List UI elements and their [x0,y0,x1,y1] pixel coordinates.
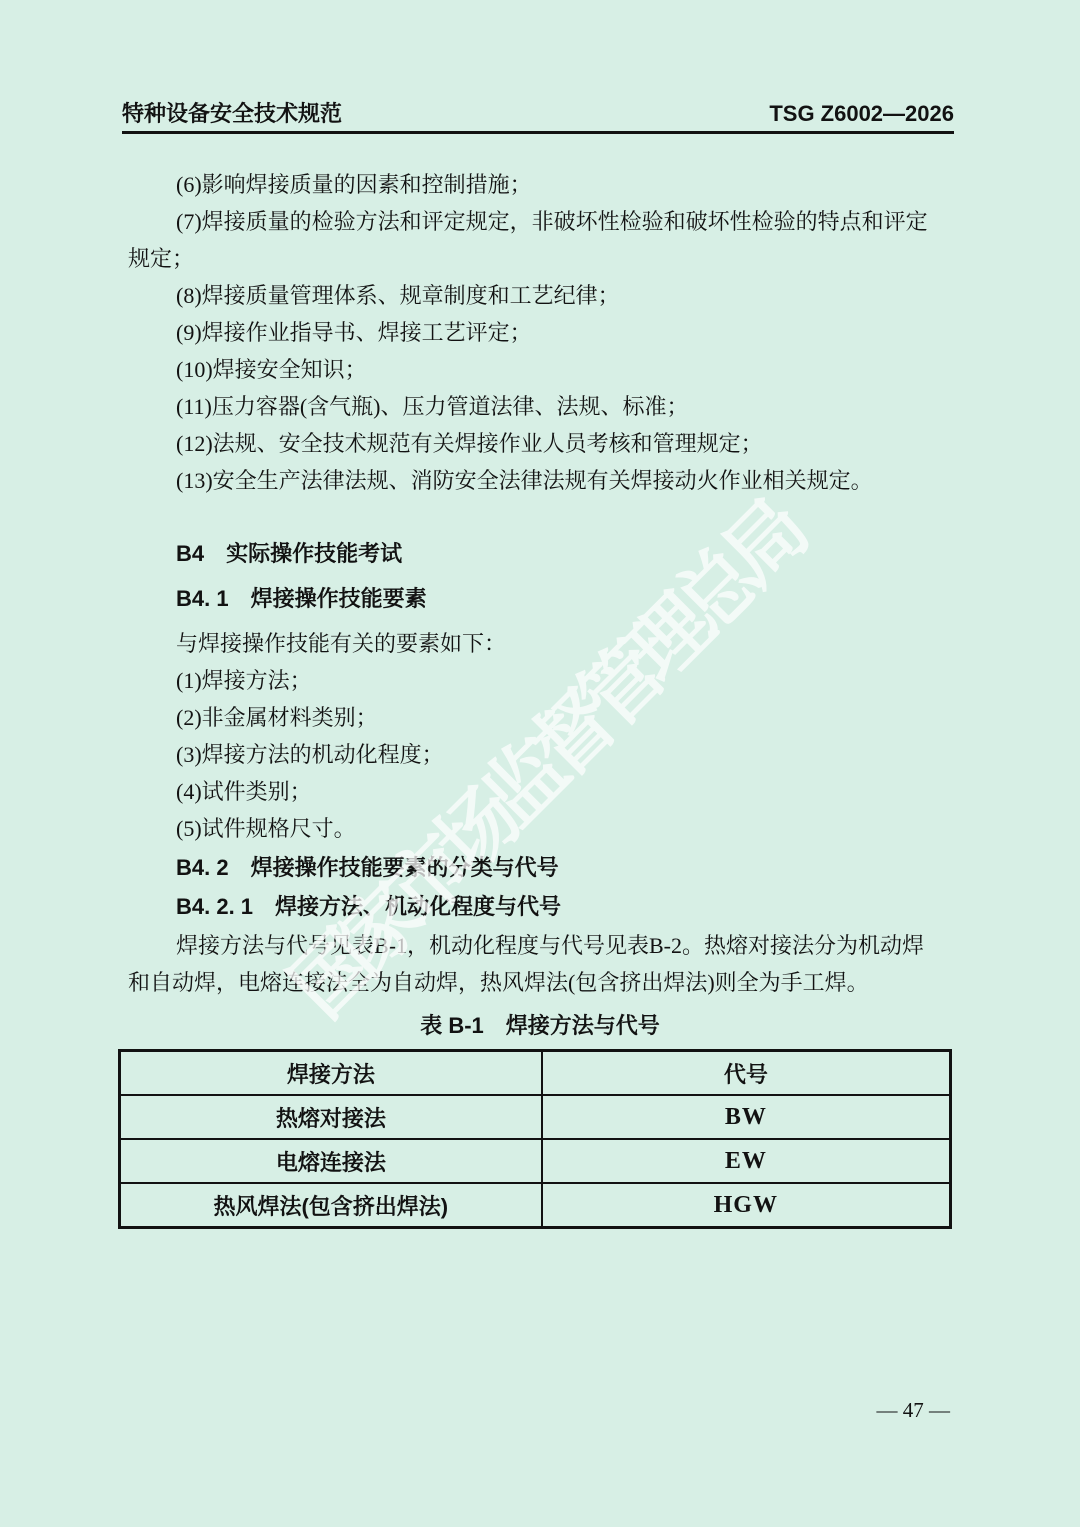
table-title: 表 B-1 焊接方法与代号 [128,1011,952,1041]
page-header: 特种设备安全技术规范 TSG Z6002—2026 [122,101,954,127]
text-line: (3)焊接方法的机动化程度； [128,736,952,773]
text-line: 焊接方法与代号见表B-1，机动化程度与代号见表B-2。热熔对接法分为机动焊 [128,927,952,964]
welding-method-table: 焊接方法代号 热熔对接法BW电熔连接法EW热风焊法(包含挤出焊法)HGW [118,1049,952,1229]
table-row: 电熔连接法EW [120,1139,951,1183]
table-header-cell: 焊接方法 [120,1051,542,1096]
text-line: (1)焊接方法； [128,662,952,699]
text-line: (12)法规、安全技术规范有关焊接作业人员考核和管理规定； [128,425,952,462]
page-content: (6)影响焊接质量的因素和控制措施；(7)焊接质量的检验方法和评定规定，非破坏性… [128,166,952,1229]
table-head: 焊接方法代号 [120,1051,951,1096]
text-line: (7)焊接质量的检验方法和评定规定，非破坏性检验和破坏性检验的特点和评定 [128,203,952,240]
table-header-row: 焊接方法代号 [120,1051,951,1096]
text-line: 规定； [128,240,952,277]
text-line: (8)焊接质量管理体系、规章制度和工艺纪律； [128,277,952,314]
text-line: (2)非金属材料类别； [128,699,952,736]
section-heading: B4 实际操作技能考试 [128,535,952,572]
header-left-title: 特种设备安全技术规范 [122,101,342,127]
document-page: 国家市场监督管理总局 特种设备安全技术规范 TSG Z6002—2026 (6)… [0,0,1080,1527]
text-line: (5)试件规格尺寸。 [128,810,952,847]
text-line: (10)焊接安全知识； [128,351,952,388]
text-line: (11)压力容器(含气瓶)、压力管道法律、法规、标准； [128,388,952,425]
section-heading: B4. 2. 1 焊接方法、机动化程度与代号 [128,888,952,925]
table-row: 热熔对接法BW [120,1095,951,1139]
page-number: — 47 — [877,1396,951,1424]
method-cell: 热风焊法(包含挤出焊法) [120,1183,542,1228]
table-row: 热风焊法(包含挤出焊法)HGW [120,1183,951,1228]
text-line: (13)安全生产法律法规、消防安全法律法规有关焊接动火作业相关规定。 [128,462,952,499]
text-line: (6)影响焊接质量的因素和控制措施； [128,166,952,203]
table-body: 热熔对接法BW电熔连接法EW热风焊法(包含挤出焊法)HGW [120,1095,951,1228]
section-heading: B4. 2 焊接操作技能要素的分类与代号 [128,849,952,886]
header-right-doc-number: TSG Z6002—2026 [769,101,954,127]
text-line: 与焊接操作技能有关的要素如下： [128,625,952,662]
text-line: (9)焊接作业指导书、焊接工艺评定； [128,314,952,351]
method-cell: 热熔对接法 [120,1095,542,1139]
text-line: (4)试件类别； [128,773,952,810]
method-cell: 电熔连接法 [120,1139,542,1183]
text-line: 和自动焊，电熔连接法全为自动焊，热风焊法(包含挤出焊法)则全为手工焊。 [128,964,952,1001]
table-header-cell: 代号 [542,1051,951,1096]
content-lines: (6)影响焊接质量的因素和控制措施；(7)焊接质量的检验方法和评定规定，非破坏性… [128,166,952,1001]
code-cell: HGW [542,1183,951,1228]
section-heading: B4. 1 焊接操作技能要素 [128,580,952,617]
code-cell: BW [542,1095,951,1139]
code-cell: EW [542,1139,951,1183]
header-divider [122,131,954,134]
